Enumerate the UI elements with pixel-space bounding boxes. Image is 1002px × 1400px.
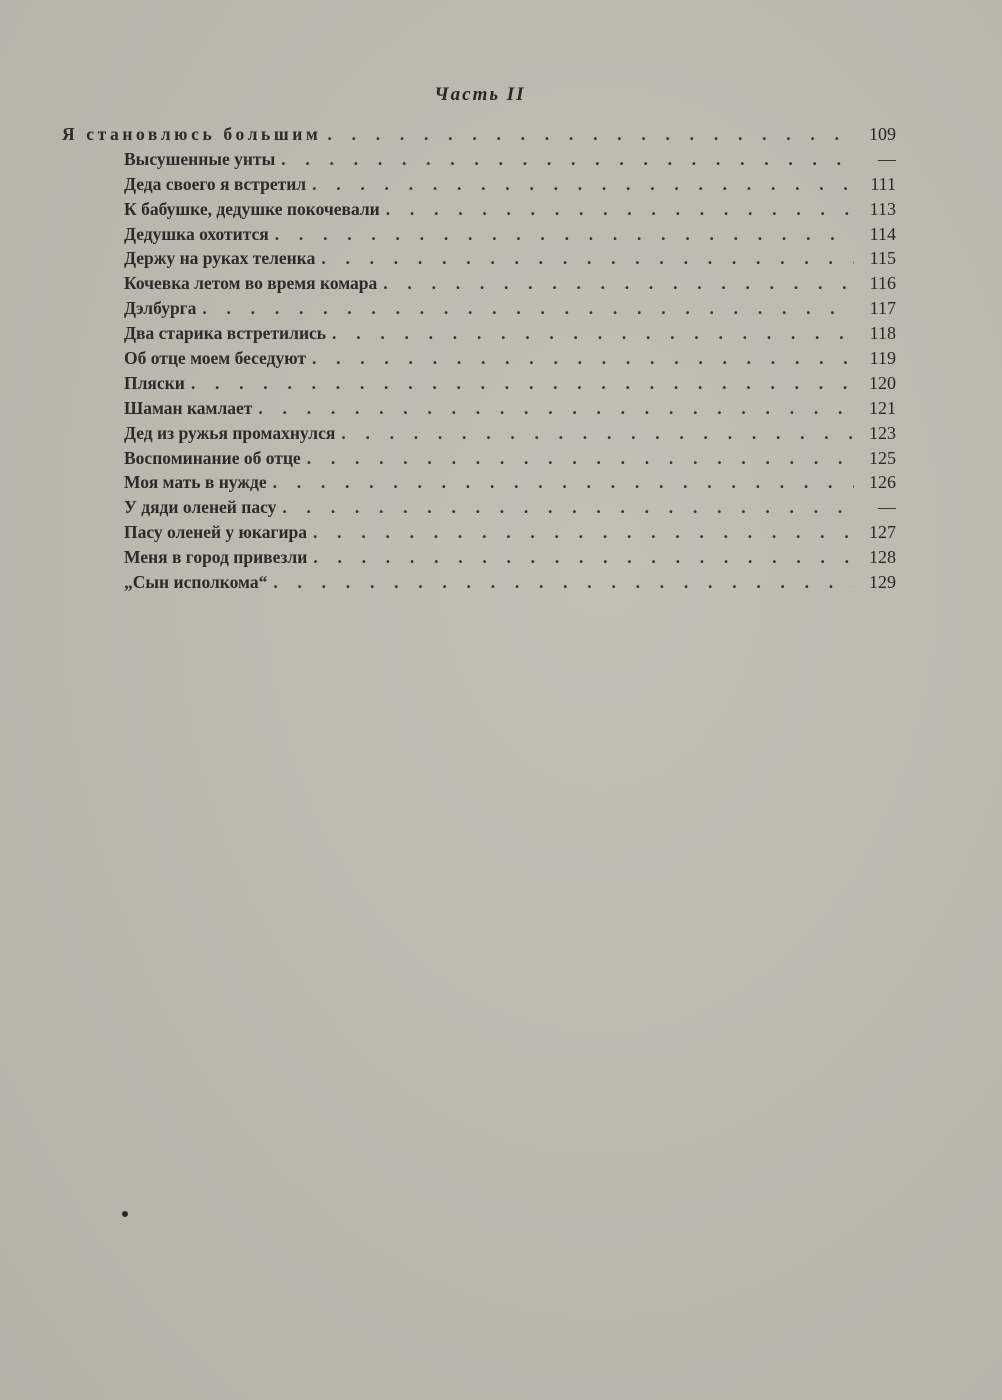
toc-entry-page: 117	[860, 296, 896, 321]
toc-entry-page: —	[860, 495, 896, 520]
toc-entry-page: 120	[860, 371, 896, 396]
toc-entry: Дед из ружья промахнулся. . . . . . . . …	[62, 421, 896, 446]
toc-entry-page: 119	[860, 346, 896, 371]
dot-leader: . . . . . . . . . . . . . . . . . . . . …	[313, 545, 854, 570]
dot-leader: . . . . . . . . . . . . . . . . . . . . …	[275, 222, 854, 247]
toc-entry: Дэлбурга. . . . . . . . . . . . . . . . …	[62, 296, 896, 321]
toc-entry-page: 125	[860, 446, 896, 471]
toc-entry-title: Дед из ружья промахнулся	[124, 421, 335, 446]
toc-entry-title: Я становлюсь большим	[62, 122, 321, 147]
toc-entry: Кочевка летом во время комара. . . . . .…	[62, 271, 896, 296]
toc-entry: Пасу оленей у юкагира. . . . . . . . . .…	[62, 520, 896, 545]
dot-leader: . . . . . . . . . . . . . . . . . . . . …	[383, 271, 854, 296]
toc-entry: Меня в город привезли. . . . . . . . . .…	[62, 545, 896, 570]
toc-entry-page: 128	[860, 545, 896, 570]
toc-entry-title: „Сын исполкома“	[124, 570, 267, 595]
toc-entry: Я становлюсь большим. . . . . . . . . . …	[62, 122, 896, 147]
toc-entry: Дедушка охотится. . . . . . . . . . . . …	[62, 222, 896, 247]
dot-leader: . . . . . . . . . . . . . . . . . . . . …	[191, 371, 854, 396]
dot-leader: . . . . . . . . . . . . . . . . . . . . …	[273, 570, 854, 595]
toc-entry-title: Дэлбурга	[124, 296, 196, 321]
dot-leader: . . . . . . . . . . . . . . . . . . . . …	[341, 421, 854, 446]
dot-leader: . . . . . . . . . . . . . . . . . . . . …	[321, 246, 854, 271]
toc-entry-page: 121	[860, 396, 896, 421]
dot-leader: . . . . . . . . . . . . . . . . . . . . …	[327, 122, 854, 147]
toc-entry-title: Держу на руках теленка	[124, 246, 315, 271]
print-speck	[122, 1211, 128, 1217]
dot-leader: . . . . . . . . . . . . . . . . . . . . …	[386, 197, 854, 222]
toc-entry: Моя мать в нужде. . . . . . . . . . . . …	[62, 470, 896, 495]
dot-leader: . . . . . . . . . . . . . . . . . . . . …	[332, 321, 854, 346]
toc-entry-page: 109	[860, 122, 896, 147]
dot-leader: . . . . . . . . . . . . . . . . . . . . …	[313, 520, 854, 545]
dot-leader: . . . . . . . . . . . . . . . . . . . . …	[312, 346, 854, 371]
toc-entry: „Сын исполкома“. . . . . . . . . . . . .…	[62, 570, 896, 595]
toc-entry-page: —	[860, 147, 896, 172]
dot-leader: . . . . . . . . . . . . . . . . . . . . …	[258, 396, 854, 421]
toc-entry-title: Воспоминание об отце	[124, 446, 301, 471]
toc-entry: Высушенные унты. . . . . . . . . . . . .…	[62, 147, 896, 172]
dot-leader: . . . . . . . . . . . . . . . . . . . . …	[312, 172, 854, 197]
toc-entry-page: 111	[860, 172, 896, 197]
toc-entry-title: Два старика встретились	[124, 321, 326, 346]
toc-entry-title: Кочевка летом во время комара	[124, 271, 377, 296]
toc-entry-page: 115	[860, 246, 896, 271]
toc-entry-title: Об отце моем беседуют	[124, 346, 306, 371]
toc-entry: Пляски. . . . . . . . . . . . . . . . . …	[62, 371, 896, 396]
toc-entry: Держу на руках теленка. . . . . . . . . …	[62, 246, 896, 271]
dot-leader: . . . . . . . . . . . . . . . . . . . . …	[273, 470, 854, 495]
toc-entry-title: Пасу оленей у юкагира	[124, 520, 307, 545]
toc-entry: Деда своего я встретил. . . . . . . . . …	[62, 172, 896, 197]
toc-entry-title: К бабушке, дедушке покочевали	[124, 197, 380, 222]
toc-entry-title: Дедушка охотится	[124, 222, 269, 247]
toc-entry-title: Меня в город привезли	[124, 545, 307, 570]
toc-entry-title: Высушенные унты	[124, 147, 275, 172]
dot-leader: . . . . . . . . . . . . . . . . . . . . …	[202, 296, 854, 321]
toc-entry-title: Шаман камлает	[124, 396, 252, 421]
toc-entry: У дяди оленей пасу. . . . . . . . . . . …	[62, 495, 896, 520]
toc-entry-page: 129	[860, 570, 896, 595]
toc-entry-title: У дяди оленей пасу	[124, 495, 276, 520]
toc-entry-title: Деда своего я встретил	[124, 172, 306, 197]
toc-entry-page: 123	[860, 421, 896, 446]
toc-entry-page: 114	[860, 222, 896, 247]
dot-leader: . . . . . . . . . . . . . . . . . . . . …	[307, 446, 854, 471]
part-title: Часть II	[0, 84, 960, 106]
toc-entry-page: 113	[860, 197, 896, 222]
toc-entry: Воспоминание об отце. . . . . . . . . . …	[62, 446, 896, 471]
toc-entry-page: 118	[860, 321, 896, 346]
toc-entry: Два старика встретились. . . . . . . . .…	[62, 321, 896, 346]
toc-entry-page: 116	[860, 271, 896, 296]
toc-entry-page: 126	[860, 470, 896, 495]
table-of-contents: Я становлюсь большим. . . . . . . . . . …	[62, 122, 896, 595]
toc-entry-page: 127	[860, 520, 896, 545]
toc-entry: К бабушке, дедушке покочевали. . . . . .…	[62, 197, 896, 222]
toc-entry: Об отце моем беседуют. . . . . . . . . .…	[62, 346, 896, 371]
toc-entry-title: Моя мать в нужде	[124, 470, 267, 495]
dot-leader: . . . . . . . . . . . . . . . . . . . . …	[282, 495, 854, 520]
toc-entry: Шаман камлает. . . . . . . . . . . . . .…	[62, 396, 896, 421]
toc-entry-title: Пляски	[124, 371, 185, 396]
dot-leader: . . . . . . . . . . . . . . . . . . . . …	[281, 147, 854, 172]
